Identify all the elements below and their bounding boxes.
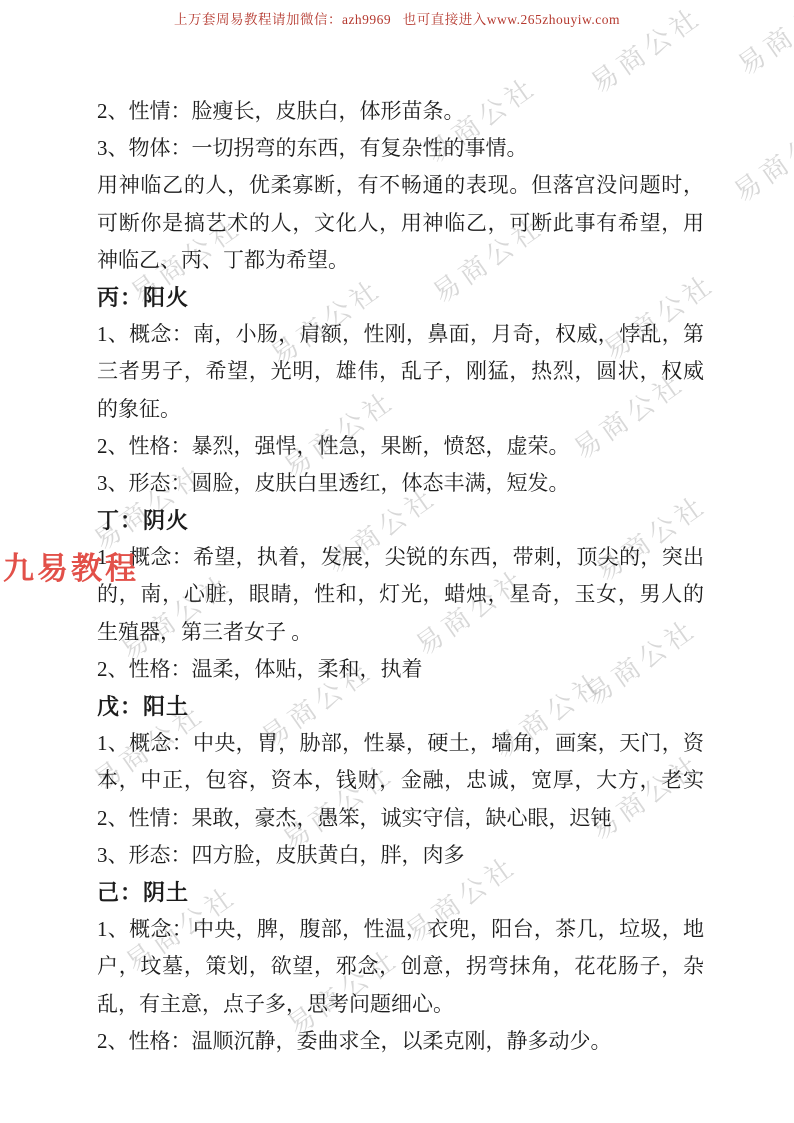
- document-page: 易商公社易商公社易商公社易商公社易商公社易商公社易商公社易商公社易商公社易商公社…: [0, 0, 794, 1123]
- watermark-text: 易商公社: [724, 104, 794, 209]
- text-line: 三者男子，希望，光明，雄伟，乱子，刚猛，热烈，圆状，权威: [97, 353, 704, 390]
- body-text: 2、性情：脸瘦长，皮肤白，体形苗条。3、物体：一切拐弯的东西，有复杂性的事情。用…: [97, 93, 704, 1060]
- text-line: 3、形态：圆脸，皮肤白里透红，体态丰满，短发。: [97, 465, 704, 502]
- text-line: 2、性格：暴烈，强悍，性急，果断，愤怒，虚荣。: [97, 428, 704, 465]
- text-line: 户，坟墓，策划，欲望，邪念，创意，拐弯抹角，花花肠子，杂: [97, 948, 704, 985]
- text-line: 用神临乙的人，优柔寡断，有不畅通的表现。但落宫没问题时，: [97, 167, 704, 204]
- text-line: 3、物体：一切拐弯的东西，有复杂性的事情。: [97, 130, 704, 167]
- text-line: 1、概念：南，小肠，肩额，性刚，鼻面，月奇，权威，悖乱，第: [97, 316, 704, 353]
- section-heading: 丙：阳火: [97, 279, 704, 316]
- text-line: 神临乙、丙、丁都为希望。: [97, 242, 704, 279]
- jiuyi-jiaocheng-stamp: 九易教程: [3, 543, 139, 588]
- text-line: 2、性格：温柔，体贴，柔和，执着: [97, 651, 704, 688]
- text-line: 生殖器，第三者女子 。: [97, 614, 704, 651]
- section-heading: 戊：阳土: [97, 688, 704, 725]
- text-line: 乱，有主意，点子多，思考问题细心。: [97, 986, 704, 1023]
- text-line: 的，南，心脏，眼睛，性和，灯光，蜡烛，星奇，玉女，男人的: [97, 576, 704, 613]
- text-line: 的象征。: [97, 391, 704, 428]
- text-line: 1、概念：中央，脾，腹部，性温，衣兜，阳台，茶几，垃圾，地: [97, 911, 704, 948]
- text-line: 本，中正，包容，资本，钱财，金融，忠诚，宽厚，大方，老实: [97, 762, 704, 799]
- text-line: 3、形态：四方脸，皮肤黄白，胖，肉多: [97, 837, 704, 874]
- text-line: 1、概念：中央，胃，胁部，性暴，硬土，墙角，画案，天门，资: [97, 725, 704, 762]
- section-heading: 己：阴土: [97, 874, 704, 911]
- header-promo-text: 上万套周易教程请加微信：azh9969 也可直接进入www.265zhouyiw…: [0, 8, 794, 28]
- section-heading: 丁：阴火: [97, 502, 704, 539]
- text-line: 2、性格：温顺沉静，委曲求全，以柔克刚，静多动少。: [97, 1023, 704, 1060]
- text-line: 1、概念：希望，执着，发展，尖锐的东西，带刺，顶尖的，突出: [97, 539, 704, 576]
- text-line: 2、性情：果敢，豪杰，愚笨，诚实守信，缺心眼，迟钝: [97, 800, 704, 837]
- text-line: 可断你是搞艺术的人，文化人，用神临乙，可断此事有希望，用: [97, 205, 704, 242]
- text-line: 2、性情：脸瘦长，皮肤白，体形苗条。: [97, 93, 704, 130]
